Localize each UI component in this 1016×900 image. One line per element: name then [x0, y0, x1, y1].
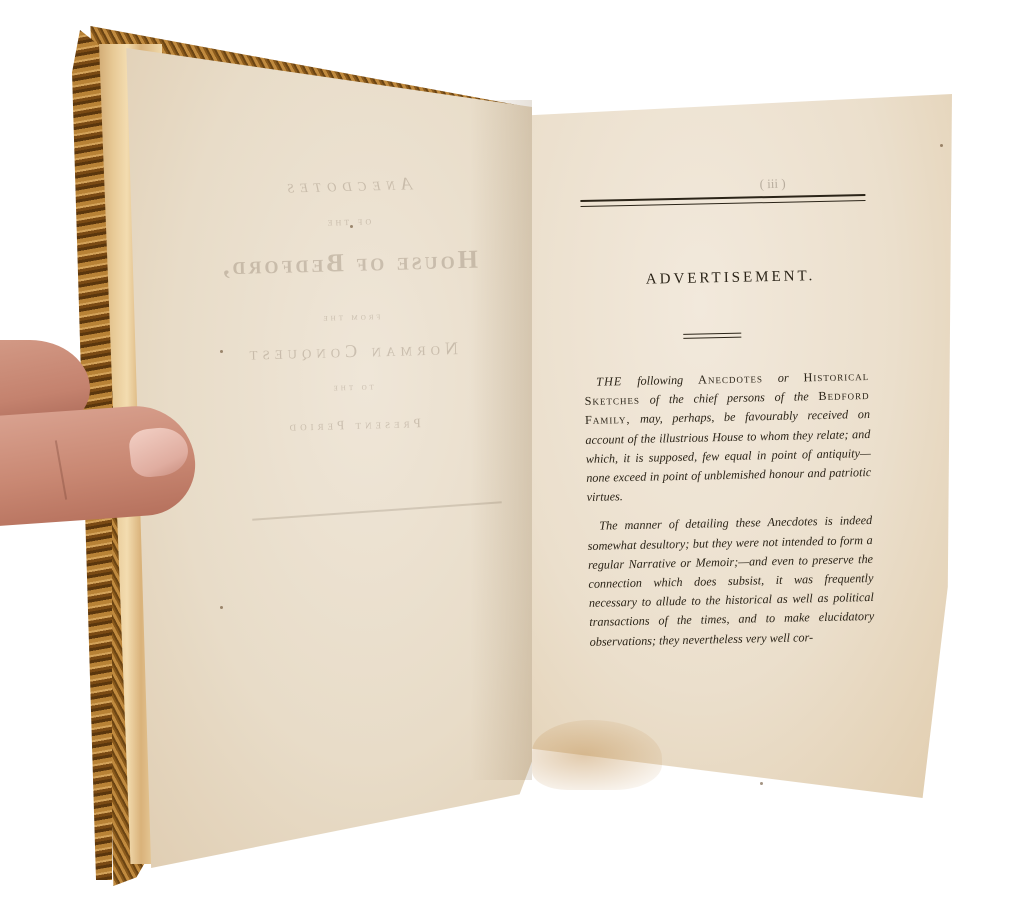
- paper-speck: [220, 350, 223, 353]
- paper-speck: [760, 782, 763, 785]
- bleed-line: Norman Conquest: [181, 337, 521, 367]
- paragraph-1: THE following Anecdotes or Historical Sk…: [584, 367, 872, 507]
- paragraph-text: or: [763, 370, 804, 385]
- book-photo: Anecdotes of the House of Bedford, from …: [0, 0, 1016, 900]
- hand-holding-book: [0, 340, 200, 530]
- short-rule: [683, 333, 741, 339]
- paragraph-text: THE: [596, 374, 622, 389]
- paper-speck: [350, 225, 353, 228]
- bleed-line: to the: [182, 378, 522, 398]
- double-rule: [580, 194, 865, 207]
- paper-speck: [940, 144, 943, 147]
- bleed-line: of the: [178, 212, 518, 233]
- paragraph-2: The manner of detailing these Anecdotes …: [587, 511, 875, 651]
- advertisement-page-text: ( iii ) ADVERTISEMENT. THE following Ane…: [580, 174, 875, 662]
- paragraph-text: Anecdotes: [698, 371, 763, 386]
- paragraph-text: of the chief persons of the: [640, 389, 819, 407]
- paragraph-text: following: [622, 373, 698, 389]
- bleed-line: from the: [180, 308, 520, 328]
- paper-speck: [220, 606, 223, 609]
- page-heading: ADVERTISEMENT.: [582, 267, 867, 290]
- bleed-line: House of Bedford,: [179, 244, 520, 283]
- title-page-bleed-through: Anecdotes of the House of Bedford, from …: [177, 171, 524, 438]
